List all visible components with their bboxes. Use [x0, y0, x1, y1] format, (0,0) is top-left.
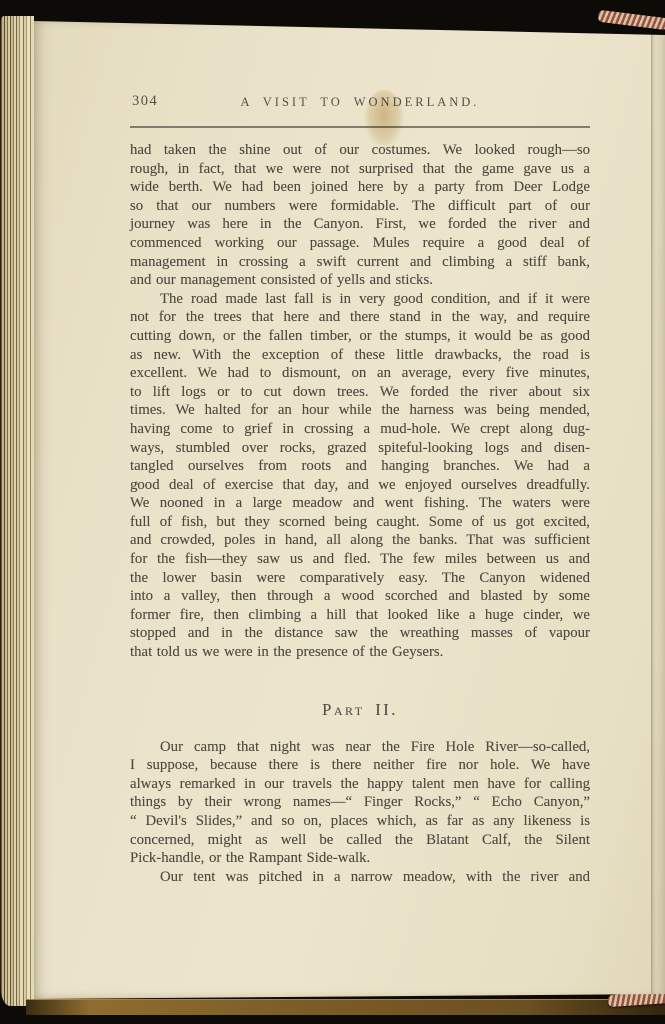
- text-line: times. We halted for an hour while the h…: [130, 401, 590, 420]
- text-line: so that our numbers were formidable. The…: [130, 197, 590, 216]
- gutter-crease: [651, 18, 665, 1000]
- running-title: A VISIT TO WONDERLAND.: [130, 95, 590, 110]
- text-line: to lift logs or to cut down trees. We fo…: [130, 383, 590, 402]
- text-line: Pick-handle, or the Rampant Side-walk.: [130, 849, 590, 868]
- text-line: stopped and in the distance saw the wrea…: [130, 624, 590, 643]
- text-block: had taken the shine out of our costumes.…: [130, 141, 590, 886]
- text-line: ways, stumbled over rocks, grazed spitef…: [130, 439, 590, 458]
- text-line: journey was here in the Canyon. First, w…: [130, 215, 590, 234]
- text-line: cutting down, or the fallen timber, or t…: [130, 327, 590, 346]
- text-line: that told us we were in the presence of …: [130, 643, 590, 662]
- text-line: tangled ourselves from roots and hanging…: [130, 457, 590, 476]
- text-line: The road made last fall is in very good …: [130, 290, 590, 309]
- headband: [598, 10, 665, 30]
- text-line: for the fish—they saw us and fled. The f…: [130, 550, 590, 569]
- text-line: I suppose, because there is there neithe…: [130, 756, 590, 775]
- text-line: commenced working our passage. Mules req…: [130, 234, 590, 253]
- text-line: had taken the shine out of our costumes.…: [130, 141, 590, 160]
- text-line: the lower basin were comparatively easy.…: [130, 569, 590, 588]
- paper-speck: [135, 482, 138, 485]
- text-line: wide berth. We had been joined here by a…: [130, 178, 590, 197]
- text-line: former fire, then climbing a hill that l…: [130, 606, 590, 625]
- text-line: and our management consisted of yells an…: [130, 271, 590, 290]
- text-line: management in crossing a swift current a…: [130, 253, 590, 272]
- text-line: always remarked in our travels the happy…: [130, 775, 590, 794]
- text-line: excellent. We had to dismount, on an ave…: [130, 364, 590, 383]
- part-heading: Part II.: [130, 700, 590, 720]
- page-fore-edges: [0, 16, 34, 1006]
- text-line: not for the trees that here and there st…: [130, 308, 590, 327]
- text-line: having come to grief in crossing a mud-h…: [130, 420, 590, 439]
- text-line: rough, in fact, that we were not surpris…: [130, 160, 590, 179]
- text-line: and crowded, poles in hand, all along th…: [130, 531, 590, 550]
- text-line: things by their wrong names—“ Finger Roc…: [130, 793, 590, 812]
- text-line: good deal of exercise that day, and we e…: [130, 476, 590, 495]
- paper-stain: [364, 90, 404, 148]
- text-line: full of fish, but they scorned being cau…: [130, 513, 590, 532]
- header-rule: [130, 126, 590, 128]
- book-page: 304 A VISIT TO WONDERLAND. had taken the…: [34, 18, 665, 1000]
- text-line: Our tent was pitched in a narrow meadow,…: [130, 868, 590, 887]
- text-line: Our camp that night was near the Fire Ho…: [130, 738, 590, 757]
- text-line: concerned, might as well be called the B…: [130, 831, 590, 850]
- book-photo: { "page": { "number": "304", "running_ti…: [0, 0, 665, 1024]
- text-line: We nooned in a large meadow and went fis…: [130, 494, 590, 513]
- text-line: into a valley, then through a wood scorc…: [130, 587, 590, 606]
- text-line: as new. With the exception of these litt…: [130, 346, 590, 365]
- page-header: 304 A VISIT TO WONDERLAND.: [130, 93, 590, 113]
- text-line: “ Devil's Slides,” and so on, places whi…: [130, 812, 590, 831]
- gilt-bottom-edge: [26, 999, 665, 1015]
